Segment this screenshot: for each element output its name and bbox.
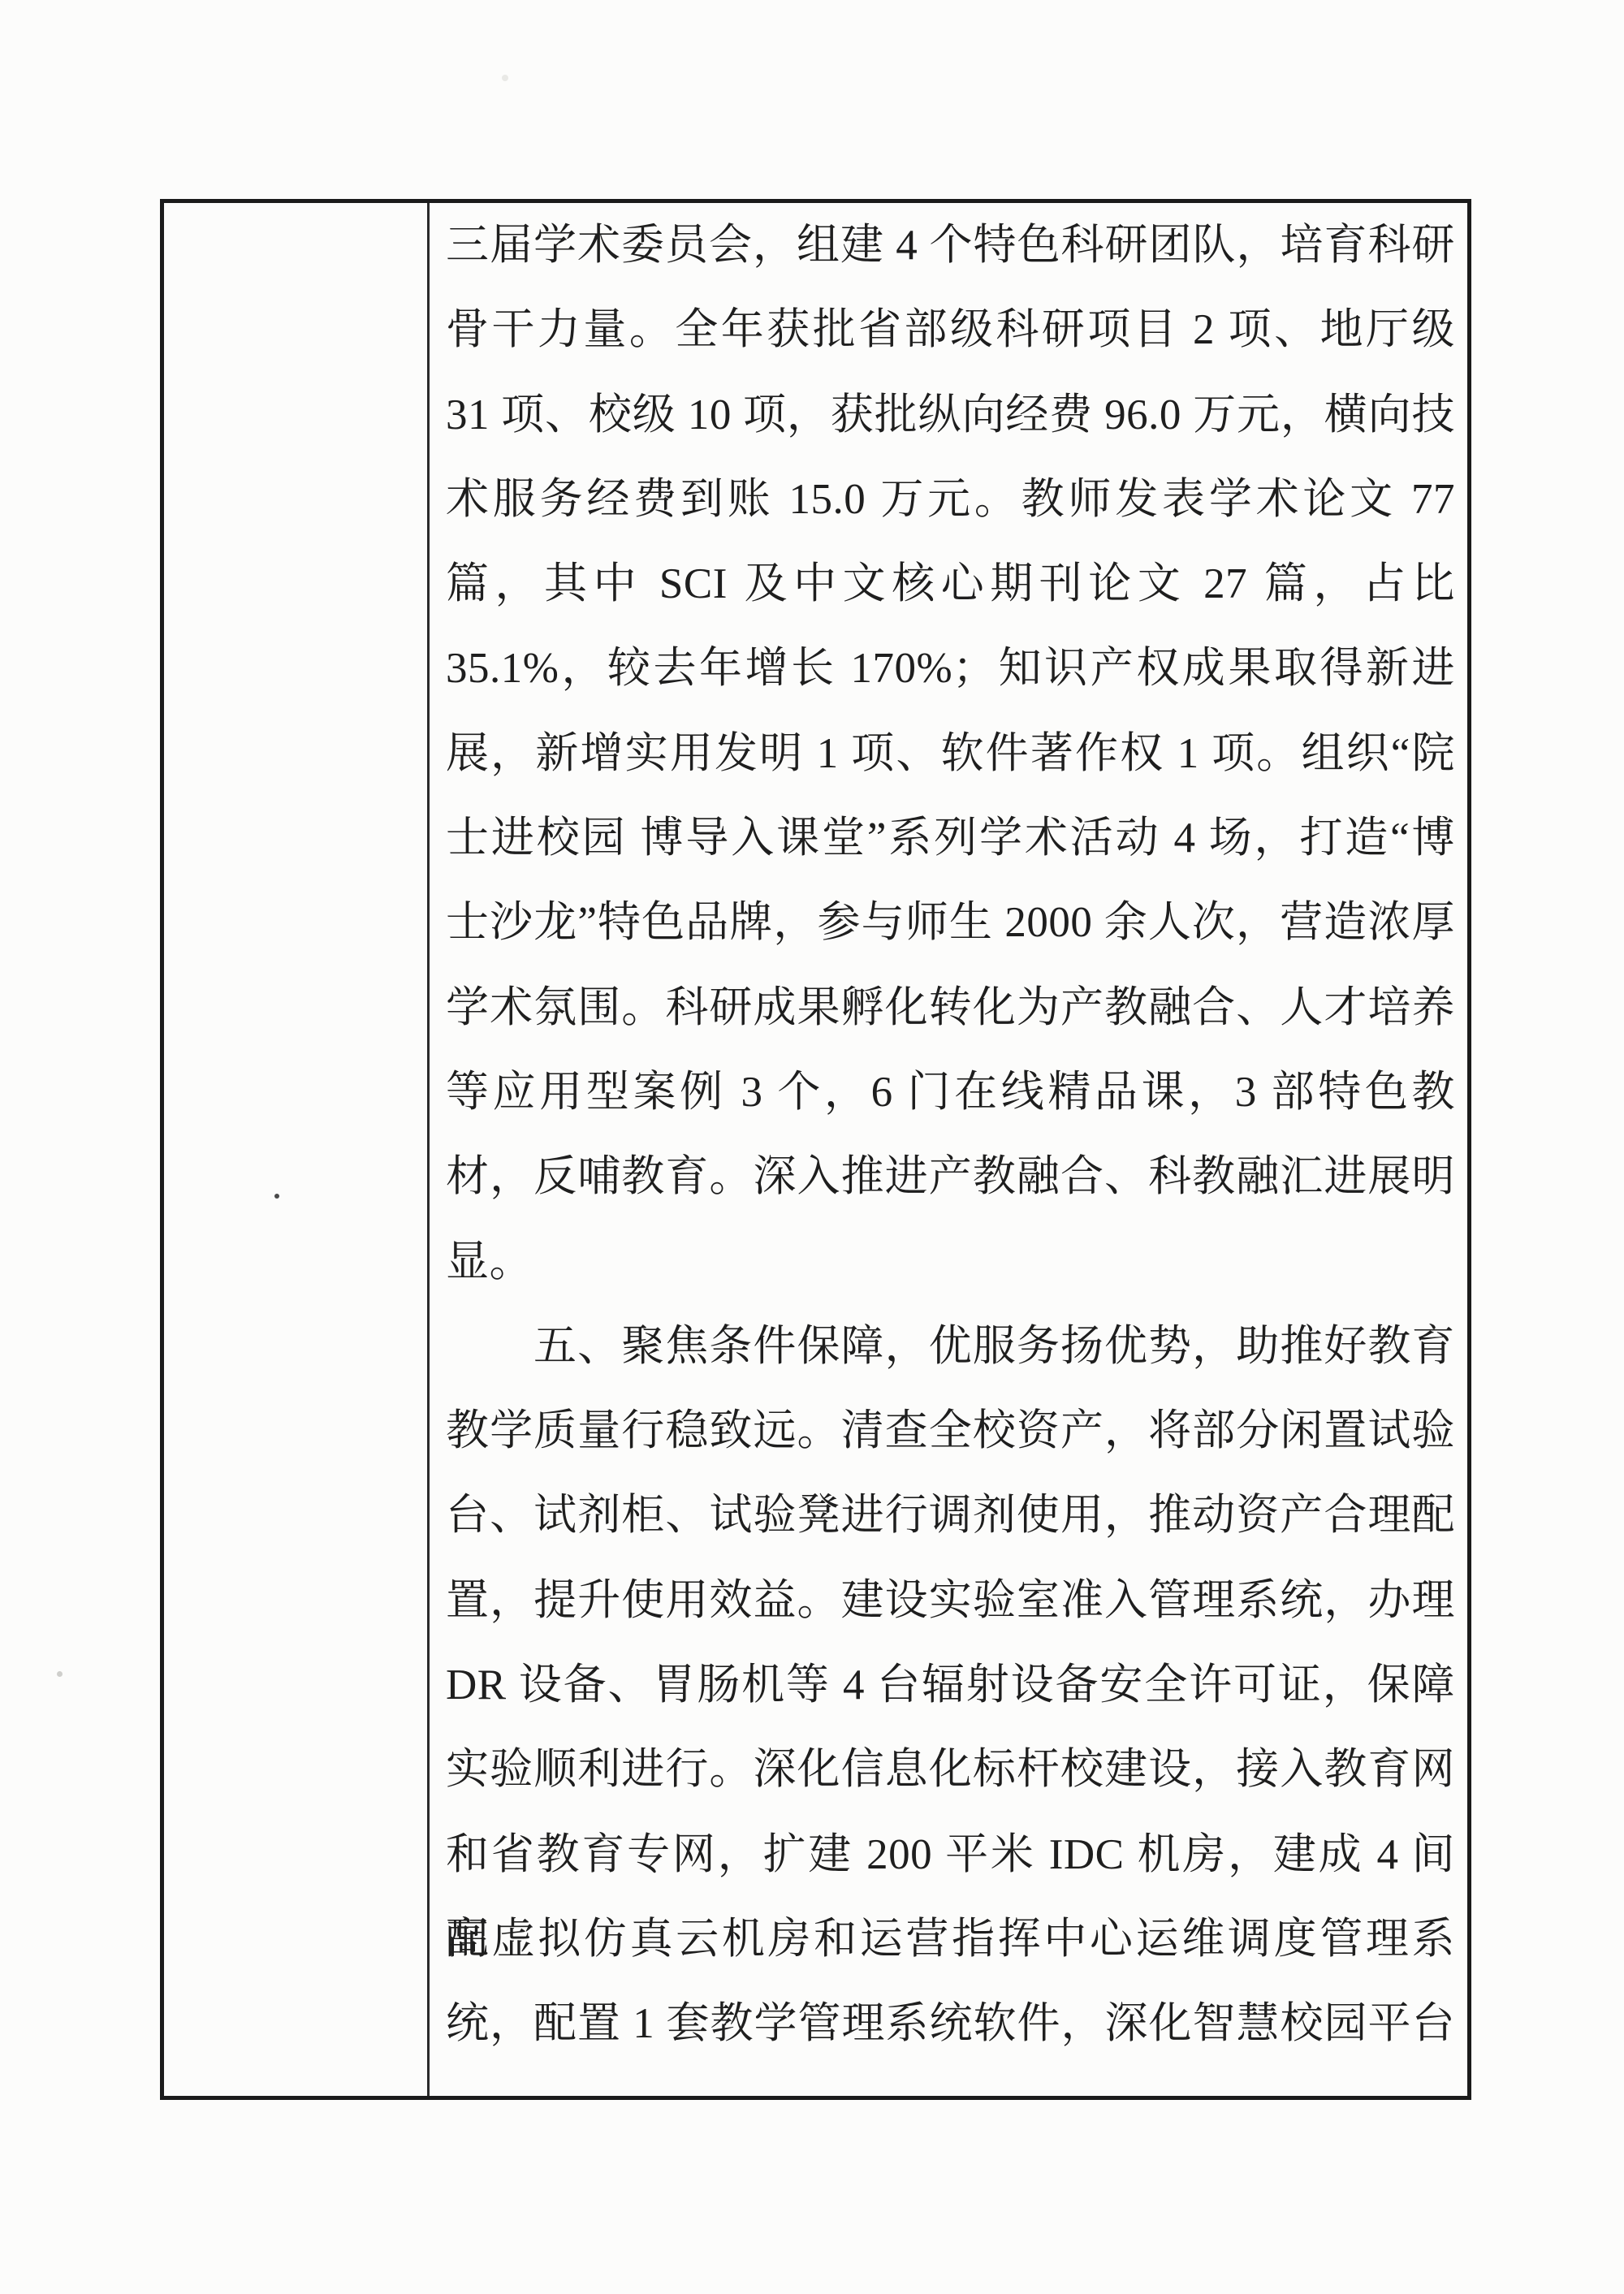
text-line-3: 31 项、校级 10 项，获批纵向经费 96.0 万元，横向技 — [446, 373, 1455, 457]
text-line-7: 展，新增实用发明 1 项、软件著作权 1 项。组织“院 — [446, 711, 1455, 796]
text-line-9: 士沙龙”特色品牌，参与师生 2000 余人次，营造浓厚 — [446, 880, 1455, 965]
text-line-6: 35.1%，较去年增长 170%；知识产权成果取得新进 — [446, 626, 1455, 711]
text-line-8: 士进校园 博导入课堂”系列学术活动 4 场，打造“博 — [446, 796, 1455, 880]
text-line-14: 五、聚焦条件保障，优服务扬优势，助推好教育 — [446, 1304, 1455, 1389]
text-line-2: 骨干力量。全年获批省部级科研项目 2 项、地厅级 — [446, 287, 1455, 372]
text-line-22: 统，配置 1 套教学管理系统软件，深化智慧校园平台 — [446, 1981, 1455, 2066]
text-line-5: 篇，其中 SCI 及中文核心期刊论文 27 篇，占比 — [446, 542, 1455, 626]
text-line-1: 三届学术委员会，组建 4 个特色科研团队，培育科研 — [446, 203, 1455, 287]
report-table: 三届学术委员会，组建 4 个特色科研团队，培育科研骨干力量。全年获批省部级科研项… — [160, 199, 1471, 2100]
scan-speck — [274, 1194, 279, 1199]
table-label-cell — [164, 203, 430, 2096]
scan-speck — [57, 1671, 63, 1677]
document-page: 三届学术委员会，组建 4 个特色科研团队，培育科研骨干力量。全年获批省部级科研项… — [0, 0, 1624, 2294]
table-content-cell: 三届学术委员会，组建 4 个特色科研团队，培育科研骨干力量。全年获批省部级科研项… — [430, 203, 1467, 2096]
text-line-12: 材，反哺教育。深入推进产教融合、科教融汇进展明 — [446, 1134, 1455, 1219]
text-line-18: DR 设备、胃肠机等 4 台辐射设备安全许可证，保障 — [446, 1643, 1455, 1727]
text-line-4: 术服务经费到账 15.0 万元。教师发表学术论文 77 — [446, 457, 1455, 542]
text-line-17: 置，提升使用效益。建设实验室准入管理系统，办理 — [446, 1558, 1455, 1643]
text-line-21: 配虚拟仿真云机房和运营指挥中心运维调度管理系 — [446, 1897, 1455, 1981]
text-line-20: 和省教育专网，扩建 200 平米 IDC 机房，建成 4 间高 — [446, 1812, 1455, 1897]
text-line-15: 教学质量行稳致远。清查全校资产，将部分闲置试验 — [446, 1389, 1455, 1473]
text-line-19: 实验顺利进行。深化信息化标杆校建设，接入教育网 — [446, 1727, 1455, 1812]
text-line-16: 台、试剂柜、试验凳进行调剂使用，推动资产合理配 — [446, 1473, 1455, 1557]
scan-speck — [502, 75, 508, 81]
text-line-13: 显。 — [446, 1220, 1455, 1304]
text-line-10: 学术氛围。科研成果孵化转化为产教融合、人才培养 — [446, 966, 1455, 1050]
text-line-11: 等应用型案例 3 个，6 门在线精品课，3 部特色教 — [446, 1050, 1455, 1134]
